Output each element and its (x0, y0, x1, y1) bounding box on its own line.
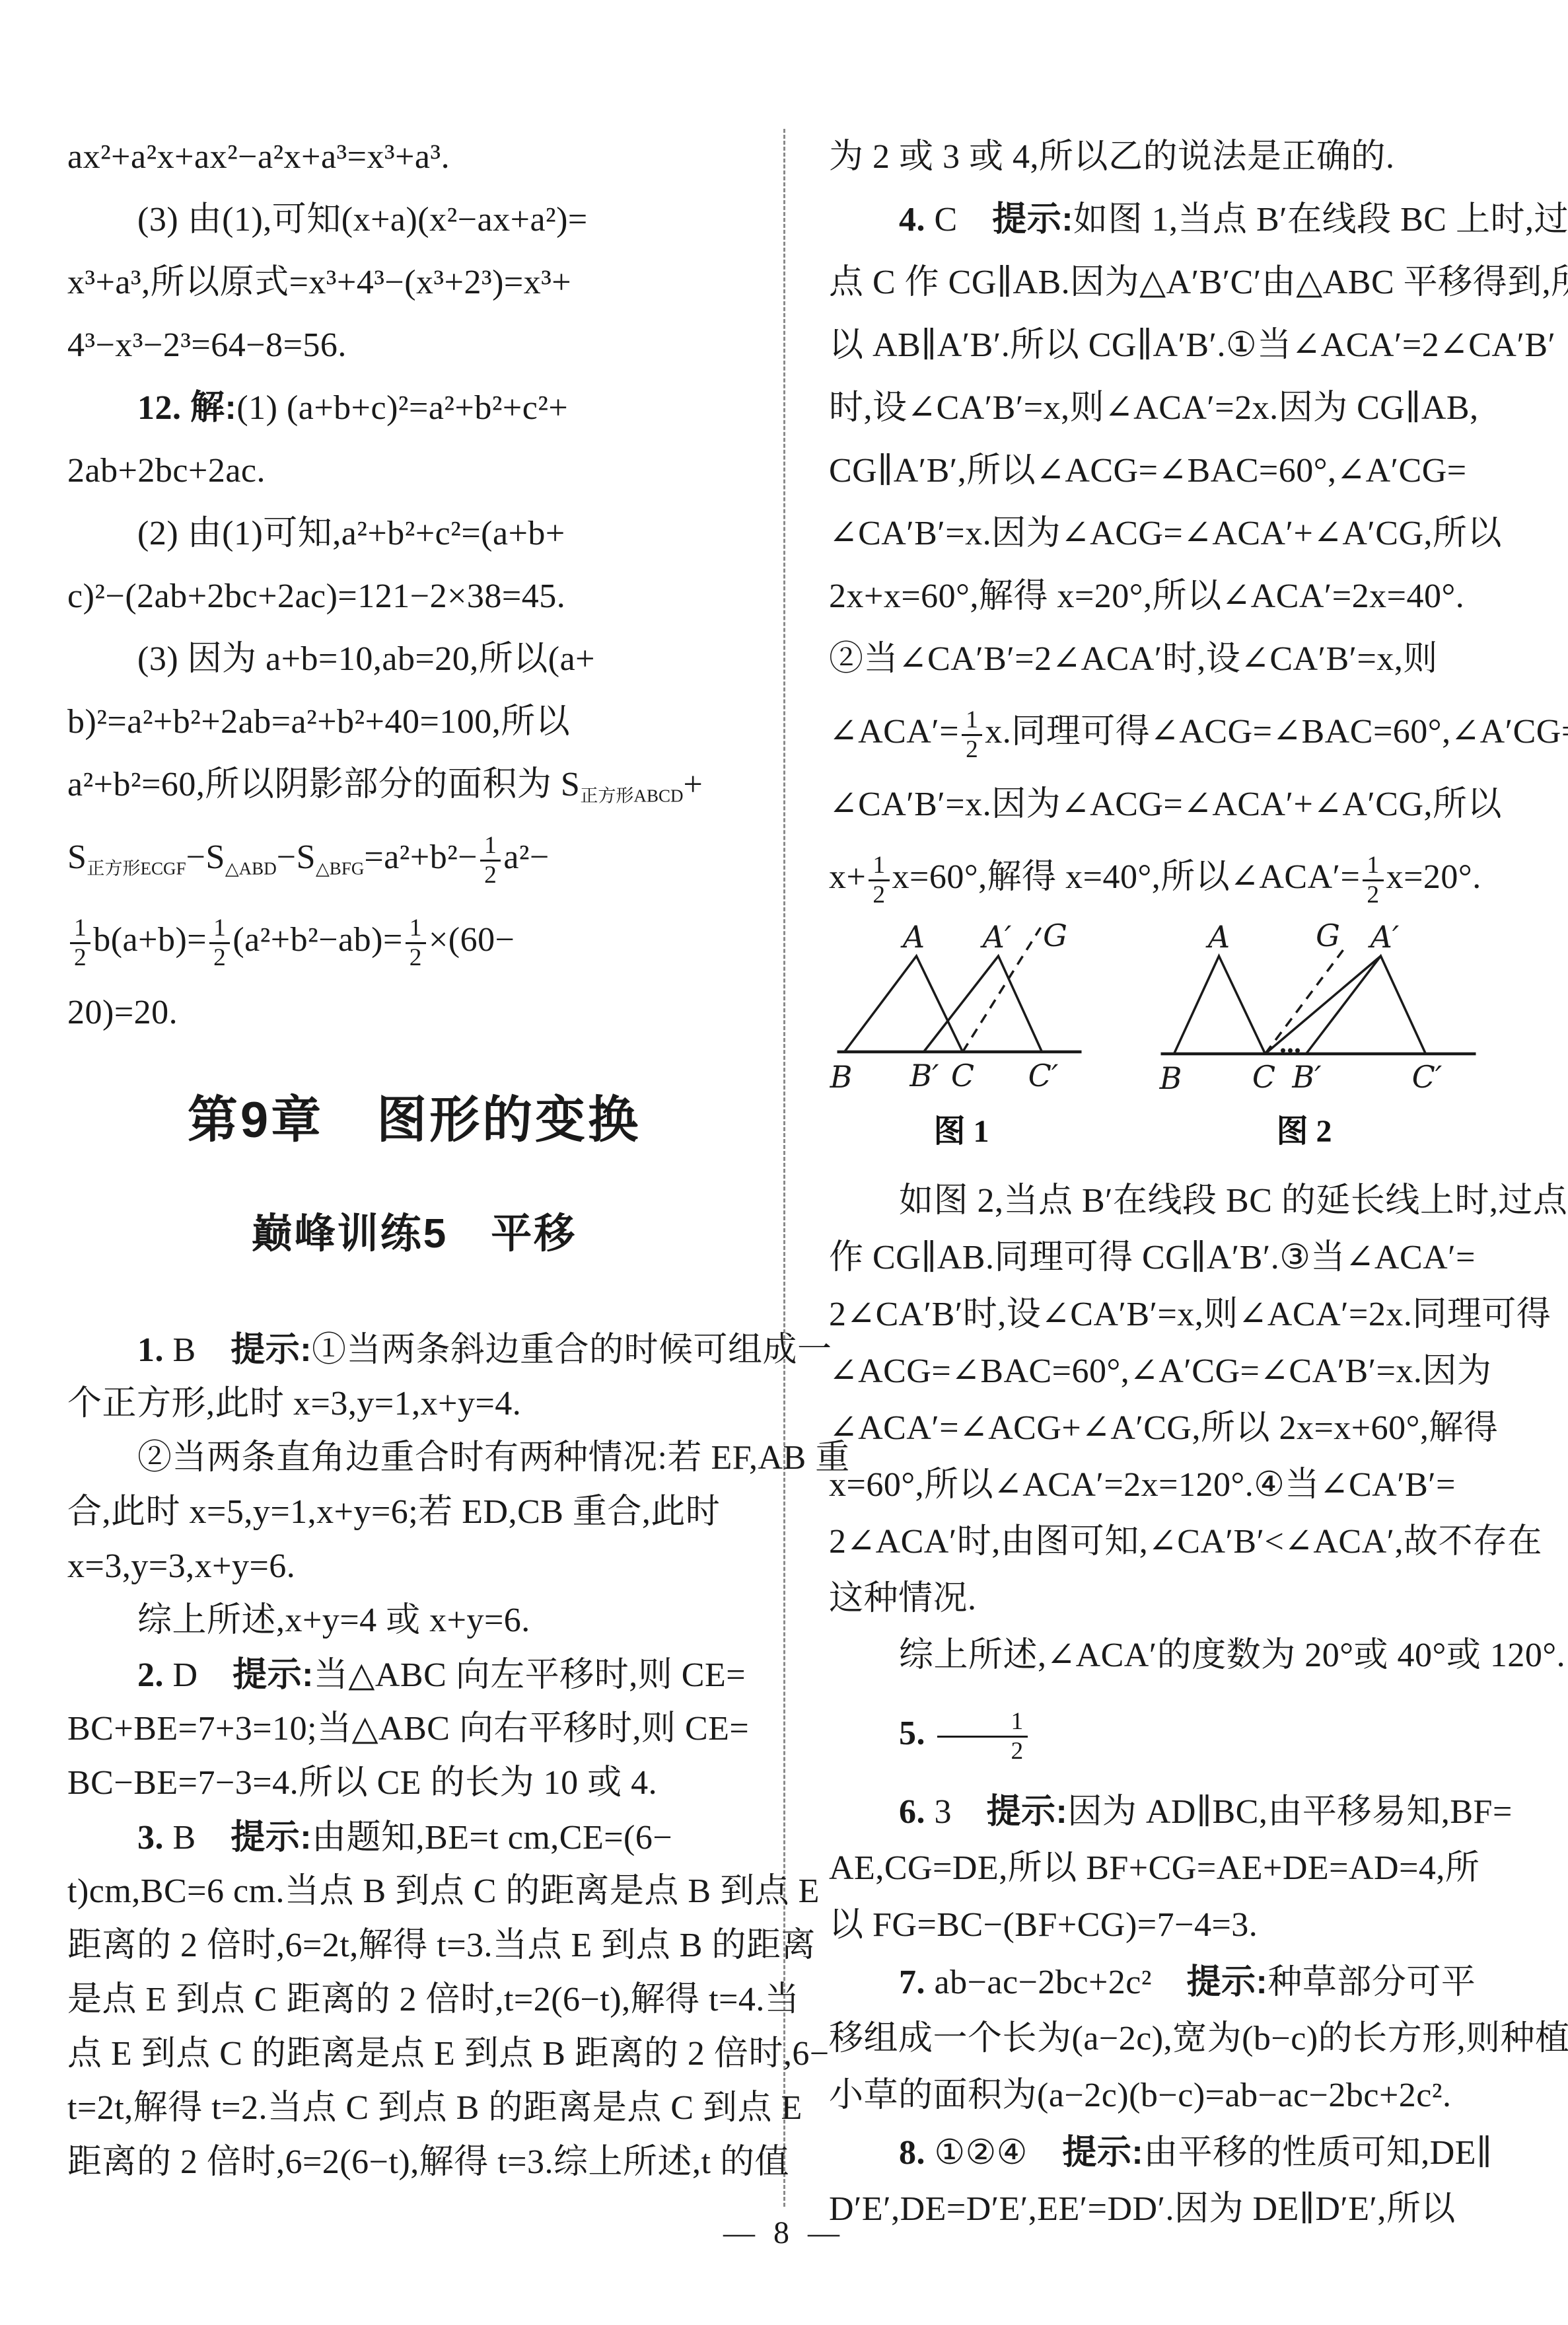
figure-1-diagram: A A′ G B B′ C C′ 图 1 (829, 918, 1156, 1173)
text-line: 作 CG∥AB.同理可得 CG∥A′B′.③当∠ACA′= (829, 1230, 1483, 1286)
text-line: t=2t,解得 t=2.当点 C 到点 B 的距离是点 C 到点 E (67, 2081, 761, 2135)
text-line: 4. C 提示:如图 1,当点 B′在线段 BC 上时,过 (829, 188, 1483, 251)
text-line: CG∥A′B′,所以∠ACG=∠BAC=60°,∠A′CG= (829, 439, 1483, 502)
fig2-label-A-prime: A′ (1368, 919, 1400, 955)
fig2-dot-3 (1295, 1049, 1300, 1053)
fig1-label-C: C (951, 1058, 974, 1093)
figure-1-caption: 图 1 (933, 1114, 989, 1149)
text-line: 2∠CA′B′时,设∠CA′B′=x,则∠ACA′=2x.同理可得 (829, 1286, 1483, 1343)
text-line: ②当∠CA′B′=2∠ACA′时,设∠CA′B′=x,则 (829, 628, 1483, 690)
right-bottom-lines: 如图 2,当点 B′在线段 BC 的延长线上时,过点 C作 CG∥AB.同理可得… (829, 1173, 1483, 2238)
text-line: 距离的 2 倍时,6=2t,解得 t=3.当点 E 到点 B 的距离 (67, 1919, 761, 1973)
fig2-label-A: A (1205, 919, 1230, 955)
text-line: 4³−x³−2³=64−8=56. (67, 314, 761, 377)
text-line: t)cm,BC=6 cm.当点 B 到点 C 的距离是点 B 到点 E (67, 1864, 761, 1919)
left-column: ax²+a²x+ax²−a²x+a³=x³+a³.(3) 由(1),可知(x+a… (67, 126, 761, 2190)
text-line: 以 FG=BC−(BF+CG)=7−4=3. (829, 1897, 1483, 1954)
text-line: ∠ACG=∠BAC=60°,∠A′CG=∠CA′B′=x.因为 (829, 1343, 1483, 1400)
fig2-label-B-prime: B′ (1291, 1059, 1322, 1095)
right-column: 为 2 或 3 或 4,所以乙的说法是正确的.4. C 提示:如图 1,当点 B… (829, 126, 1483, 2238)
text-line: 12. 解:(1) (a+b+c)²=a²+b²+c²+ (67, 377, 761, 439)
text-line: 5. 12 (829, 1684, 1483, 1783)
text-line: 20)=20. (67, 981, 761, 1044)
text-line: 小草的面积为(a−2c)(b−c)=ab−ac−2bc+2c². (829, 2067, 1483, 2124)
text-line: 2ab+2bc+2ac. (67, 439, 761, 502)
text-line: S正方形ECGF−S△ABD−S△BFG=a²+b²−12a²− (67, 816, 761, 899)
right-top-lines: 为 2 或 3 或 4,所以乙的说法是正确的.4. C 提示:如图 1,当点 B… (829, 126, 1483, 918)
fig1-label-C-prime: C′ (1028, 1058, 1059, 1093)
text-line: x³+a³,所以原式=x³+4³−(x³+2³)=x³+ (67, 251, 761, 314)
text-line: (2) 由(1)可知,a²+b²+c²=(a+b+ (67, 502, 761, 565)
text-line: 12b(a+b)=12(a²+b²−ab)=12×(60− (67, 899, 761, 981)
text-line: 1. B 提示:①当两条斜边重合的时候可组成一 (67, 1323, 761, 1377)
text-line: 8. ①②④ 提示:由平移的性质可知,DE∥ (829, 2124, 1483, 2181)
fig2-label-C-prime: C′ (1412, 1059, 1443, 1095)
text-line: 综上所述,∠ACA′的度数为 20°或 40°或 120°. (829, 1627, 1483, 1684)
left-top-lines: ax²+a²x+ax²−a²x+a³=x³+a³.(3) 由(1),可知(x+a… (67, 126, 761, 1044)
text-line: 点 E 到点 C 的距离是点 E 到点 B 距离的 2 倍时,6− (67, 2027, 761, 2081)
text-line: 2. D 提示:当△ABC 向左平移时,则 CE= (67, 1648, 761, 1702)
text-line: c)²−(2ab+2bc+2ac)=121−2×38=45. (67, 565, 761, 628)
fig2-label-B: B (1159, 1060, 1182, 1096)
text-line: a²+b²=60,所以阴影部分的面积为 S正方形ABCD+ (67, 753, 761, 816)
text-line: D′E′,DE=D′E′,EE′=DD′.因为 DE∥D′E′,所以 (829, 2181, 1483, 2238)
figure-2-caption: 图 2 (1276, 1114, 1332, 1149)
text-line: 2x+x=60°,解得 x=20°,所以∠ACA′=2x=40°. (829, 565, 1483, 628)
figure-2-diagram: A G A′ B C B′ C′ 图 2 (1156, 918, 1483, 1173)
fig2-dot-2 (1288, 1049, 1293, 1053)
fig2-triangle-ABC (1174, 956, 1265, 1054)
text-line: (3) 因为 a+b=10,ab=20,所以(a+ (67, 628, 761, 690)
text-line: 是点 E 到点 C 距离的 2 倍时,t=2(6−t),解得 t=4.当 (67, 1973, 761, 2027)
fig1-label-A-prime: A′ (980, 919, 1012, 955)
text-line: (3) 由(1),可知(x+a)(x²−ax+a²)= (67, 188, 761, 251)
text-line: AE,CG=DE,所以 BF+CG=AE+DE=AD=4,所 (829, 1840, 1483, 1897)
text-line: ∠CA′B′=x.因为∠ACG=∠ACA′+∠A′CG,所以 (829, 773, 1483, 836)
text-line: 点 C 作 CG∥AB.因为△A′B′C′由△ABC 平移得到,所 (829, 251, 1483, 314)
text-line: 综上所述,x+y=4 或 x+y=6. (67, 1594, 761, 1648)
figure-1: A A′ G B B′ C C′ 图 1 (829, 918, 1156, 1173)
fig2-line-CA-prime (1265, 956, 1381, 1054)
fig1-label-B-prime: B′ (909, 1058, 939, 1093)
text-line: ②当两条直角边重合时有两种情况:若 EF,AB 重 (67, 1431, 761, 1485)
page-number: — 8 — (723, 2215, 845, 2251)
fig2-dot-1 (1281, 1049, 1285, 1053)
text-line: 以 AB∥A′B′.所以 CG∥A′B′.①当∠ACA′=2∠CA′B′ (829, 314, 1483, 377)
text-line: x=60°,所以∠ACA′=2x=120°.④当∠CA′B′= (829, 1457, 1483, 1514)
text-line: 合,此时 x=5,y=1,x+y=6;若 ED,CB 重合,此时 (67, 1485, 761, 1539)
text-line: 移组成一个长为(a−2c),宽为(b−c)的长方形,则种植 (829, 2011, 1483, 2067)
text-line: 时,设∠CA′B′=x,则∠ACA′=2x.因为 CG∥AB, (829, 377, 1483, 439)
text-line: 这种情况. (829, 1570, 1483, 1627)
fig2-label-G: G (1316, 918, 1340, 953)
fig2-dashed-CG-line (1265, 950, 1343, 1054)
text-line: ∠ACA′=12x.同理可得∠ACG=∠BAC=60°,∠A′CG= (829, 690, 1483, 773)
text-line: 距离的 2 倍时,6=2(6−t),解得 t=3.综上所述,t 的值 (67, 2135, 761, 2190)
chapter-heading: 第9章 图形的变换 (67, 1085, 761, 1156)
fig1-triangle-A1B1C1 (924, 956, 1042, 1052)
fig2-label-C: C (1252, 1059, 1275, 1095)
text-line: BC−BE=7−3=4.所以 CE 的长为 10 或 4. (67, 1756, 761, 1810)
text-line: ax²+a²x+ax²−a²x+a³=x³+a³. (67, 126, 761, 188)
text-line: 个正方形,此时 x=3,y=1,x+y=4. (67, 1377, 761, 1431)
text-line: BC+BE=7+3=10;当△ABC 向右平移时,则 CE= (67, 1702, 761, 1756)
figure-2: A G A′ B C B′ C′ 图 2 (1156, 918, 1483, 1173)
text-line: x+12x=60°,解得 x=40°,所以∠ACA′=12x=20°. (829, 836, 1483, 918)
figures-row: A A′ G B B′ C C′ 图 1 A G (829, 918, 1483, 1173)
text-line: ∠CA′B′=x.因为∠ACG=∠ACA′+∠A′CG,所以 (829, 502, 1483, 565)
text-line: 6. 3 提示:因为 AD∥BC,由平移易知,BF= (829, 1783, 1483, 1840)
text-line: 2∠ACA′时,由图可知,∠CA′B′<∠ACA′,故不存在 (829, 1514, 1483, 1570)
text-line: 7. ab−ac−2bc+2c² 提示:种草部分可平 (829, 1954, 1483, 2011)
text-line: x=3,y=3,x+y=6. (67, 1539, 761, 1594)
fig1-label-G: G (1043, 918, 1067, 953)
text-line: 如图 2,当点 B′在线段 BC 的延长线上时,过点 C (829, 1173, 1483, 1230)
left-item-lines: 1. B 提示:①当两条斜边重合的时候可组成一个正方形,此时 x=3,y=1,x… (67, 1323, 761, 2190)
text-line: b)²=a²+b²+2ab=a²+b²+40=100,所以 (67, 690, 761, 753)
section-heading: 巅峰训练5 平移 (67, 1204, 761, 1265)
fig1-label-A: A (900, 919, 925, 955)
text-line: 3. B 提示:由题知,BE=t cm,CE=(6− (67, 1810, 761, 1864)
text-line: ∠ACA′=∠ACG+∠A′CG,所以 2x=x+60°,解得 (829, 1400, 1483, 1457)
fig1-triangle-ABC (845, 956, 963, 1052)
text-line: 为 2 或 3 或 4,所以乙的说法是正确的. (829, 126, 1483, 188)
fig1-label-B: B (830, 1059, 853, 1095)
